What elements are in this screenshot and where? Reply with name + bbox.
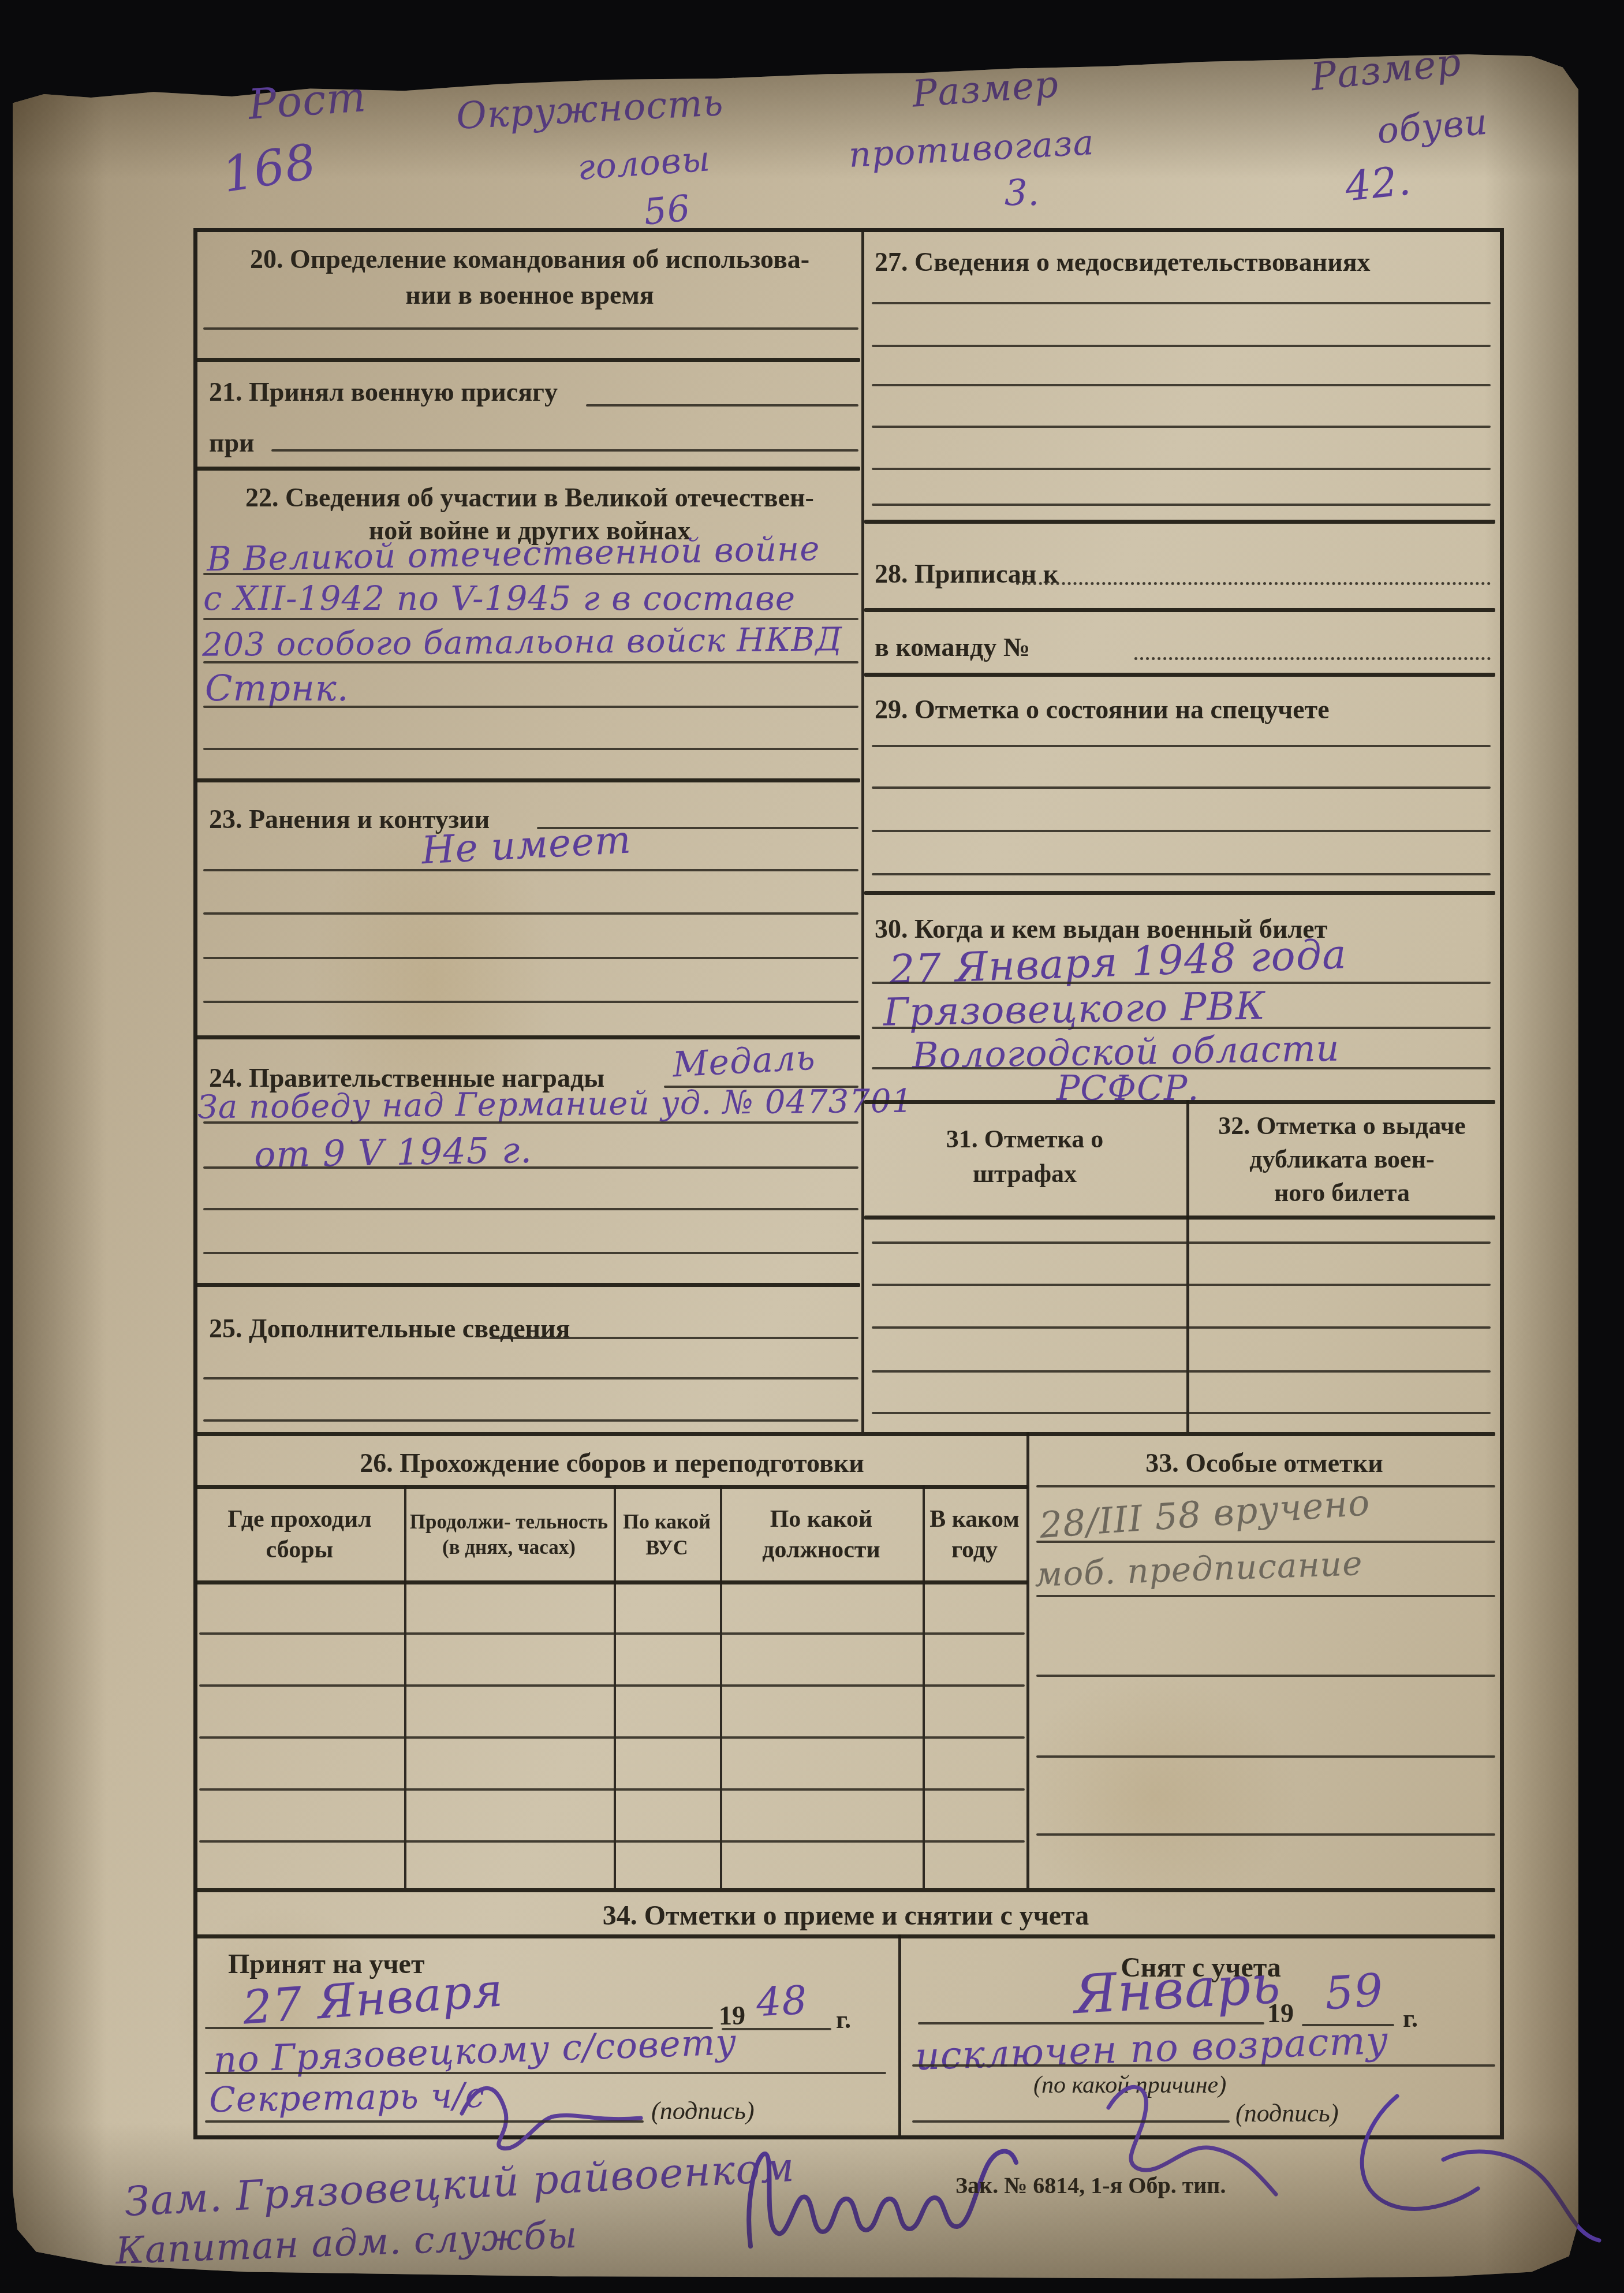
table26-row-line: [199, 1632, 1025, 1635]
ruled-line: [203, 957, 858, 959]
s34-right-year-g: г.: [1403, 2003, 1418, 2034]
ruled-line: [1036, 1541, 1495, 1543]
s34-right-podpis: (подпись): [1235, 2097, 1339, 2129]
section-20-title-line2: нии в военное время: [199, 278, 860, 312]
ruled-line: [872, 1326, 1491, 1329]
section-34-header-line: [196, 1934, 1495, 1938]
ruled-line: [203, 1377, 858, 1379]
table26-col-header-year: В каком году: [925, 1490, 1024, 1579]
ruled-line: [205, 2120, 644, 2123]
table26-col-header-position: По какой должности: [722, 1490, 920, 1579]
hw-war-service-line3: 203 особого батальона войск НКВД: [202, 622, 843, 663]
ruled-line: [203, 748, 858, 750]
table26-header-bottom: [196, 1580, 1028, 1584]
hw-war-service-line4: Стрнк.: [205, 669, 349, 708]
hw-award-line1: Медаль: [671, 1039, 816, 1084]
ruled-line: [872, 1370, 1491, 1373]
ruled-line: [872, 426, 1491, 428]
section-28-title: 28. Приписан к: [875, 557, 1058, 591]
section-21-pri: при: [209, 426, 255, 460]
footer-print-note: Зак. № 6814, 1-я Обр. тип.: [955, 2171, 1226, 2200]
ruled-line: [872, 345, 1491, 347]
signature-scribble: [456, 2067, 647, 2154]
hw-registered-year: 48: [755, 1979, 808, 2025]
hw-secretary: Секретарь ч/с: [208, 2076, 485, 2119]
section-separator: [864, 1216, 1495, 1220]
ruled-line: [872, 982, 1491, 984]
ruled-line: [203, 706, 858, 708]
ruled-line: [203, 912, 858, 915]
section-separator: [196, 1283, 860, 1287]
table26-33-divider: [1026, 1432, 1029, 1888]
s34-left-podpis: (подпись): [651, 2095, 755, 2127]
hw-head-label2: головы: [576, 140, 712, 187]
hw-gasmask-value: 3.: [1005, 173, 1040, 212]
section-31-title-line2: штрафах: [866, 1158, 1184, 1190]
band-separator: [196, 1432, 1495, 1436]
table26-col-header-vus: По какой ВУС: [616, 1490, 718, 1579]
ruled-line: [203, 1252, 858, 1254]
section-32-title-line2: дубликата воен-: [1190, 1143, 1494, 1175]
section-26-title: 26. Прохождение сборов и переподготовки: [199, 1446, 1025, 1480]
ruled-line: [586, 404, 858, 407]
section-34-title: 34. Отметки о приеме и снятии с учета: [199, 1899, 1492, 1933]
section-separator: [864, 891, 1495, 895]
ruled-line: [872, 468, 1491, 470]
section-separator: [196, 358, 860, 362]
table26-col-header-duration: Продолжи- тельность (в днях, часах): [406, 1490, 611, 1579]
signature-flourish: [1328, 2090, 1605, 2246]
table26-column-line: [404, 1485, 406, 1888]
table26-col-header-location: Где проходил сборы: [196, 1490, 403, 1579]
s34-left-year-g: г.: [836, 2004, 851, 2035]
section-separator: [864, 673, 1495, 677]
section-28-line2: в команду №: [875, 631, 1030, 664]
ruled-line: [872, 873, 1491, 875]
ruled-line: [203, 1166, 858, 1169]
hw-shoe-value: 42.: [1343, 158, 1413, 210]
ruled-line: [912, 2120, 1230, 2123]
table26-row-line: [199, 1684, 1025, 1687]
section-separator: [864, 1100, 1495, 1104]
ruled-line: [872, 1241, 1491, 1244]
table26-column-line: [923, 1485, 925, 1888]
hw-height-label: Рост: [247, 74, 367, 128]
table26-header-top: [196, 1485, 1028, 1489]
ruled-line: [203, 1121, 858, 1124]
ruled-line: [1036, 1833, 1495, 1836]
table26-row-line: [199, 1840, 1025, 1843]
section-separator: [864, 520, 1495, 524]
ruled-line: [203, 1208, 858, 1210]
ruled-line: [203, 1001, 858, 1003]
section-32-title-line3: ного билета: [1190, 1177, 1494, 1209]
section-21-title: 21. Принял военную присягу: [209, 375, 558, 409]
ruled-line: [203, 618, 858, 620]
hw-removed-year: 59: [1323, 1966, 1385, 2020]
ruled-line: [872, 1027, 1491, 1029]
ruled-line: [722, 2028, 831, 2030]
ruled-line: [872, 786, 1491, 789]
ruled-line: [490, 1337, 858, 1339]
ruled-line: [203, 661, 858, 663]
ruled-line: [271, 449, 858, 452]
ruled-line: [872, 745, 1491, 747]
divider-31-32: [1186, 1100, 1189, 1432]
ruled-line: [1036, 1755, 1495, 1758]
section-separator: [196, 1035, 860, 1039]
section-22-title-line1: 22. Сведения об участии в Великой отечес…: [199, 481, 860, 514]
table26-row-line: [199, 1788, 1025, 1791]
section-separator: [196, 778, 860, 782]
ruled-line: [912, 2064, 1495, 2067]
table26-column-line: [614, 1485, 616, 1888]
hw-removed-month: Январь: [1073, 1955, 1282, 2024]
section-29-title: 29. Отметка о состоянии на спецучете: [875, 693, 1330, 726]
table26-row-line: [199, 1736, 1025, 1739]
section-separator: [864, 608, 1495, 612]
section-27-title: 27. Сведения о медосвидетельствованиях: [875, 245, 1371, 279]
section-separator: [196, 467, 860, 471]
table26-column-line: [720, 1485, 722, 1888]
ruled-line: [872, 1284, 1491, 1286]
band-separator: [196, 1888, 1495, 1892]
hw-head-value: 56: [642, 188, 693, 232]
hw-award-line2: За победу над Германией уд. № 0473701: [197, 1084, 913, 1125]
ruled-line: [203, 869, 858, 871]
ruled-line: [1036, 1595, 1495, 1597]
section-31-title-line1: 31. Отметка о: [866, 1123, 1184, 1155]
divider-34: [898, 1934, 901, 2135]
section-33-title: 33. Особые отметки: [1033, 1446, 1495, 1480]
section-32-title-line1: 32. Отметка о выдаче: [1190, 1110, 1494, 1142]
dotted-line: [1134, 657, 1491, 660]
ruled-line: [203, 327, 858, 330]
hw-shoe-label2: обуви: [1375, 102, 1489, 151]
scanned-military-card: Рост 168 Окружность головы 56 Размер про…: [0, 0, 1624, 2293]
ruled-line: [872, 504, 1491, 506]
dotted-line: [1016, 582, 1491, 585]
column-divider: [861, 228, 864, 1432]
hw-war-service-line2: с XII-1942 по V-1945 г в составе: [203, 580, 796, 617]
section-25-title: 25. Дополнительные сведения: [209, 1312, 570, 1345]
ruled-line: [1036, 1675, 1495, 1677]
ruled-line: [872, 302, 1491, 304]
ruled-line: [872, 1412, 1491, 1414]
ruled-line: [203, 573, 858, 575]
ruled-line: [872, 830, 1491, 832]
section-20-title-line1: 20. Определение командования об использо…: [199, 243, 860, 276]
ruled-line: [1036, 1485, 1495, 1487]
ruled-line: [872, 384, 1491, 386]
ruled-line: [203, 1419, 858, 1422]
